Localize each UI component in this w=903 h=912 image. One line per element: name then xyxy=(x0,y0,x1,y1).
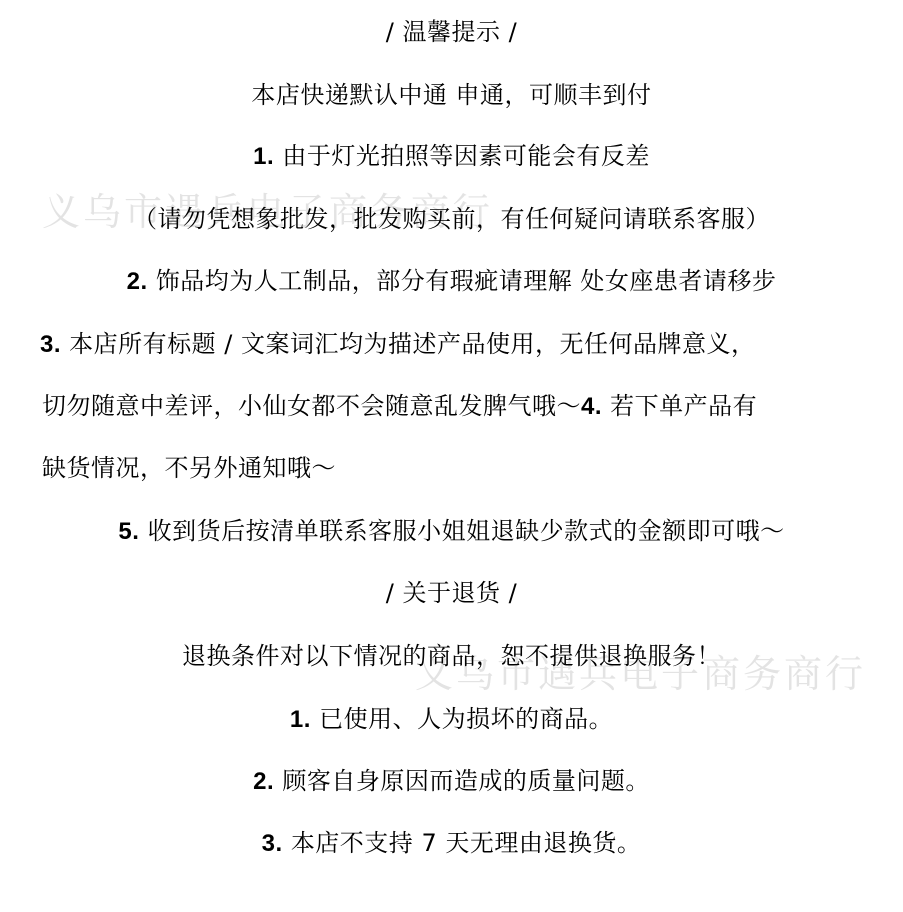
item-number: 3. xyxy=(40,331,61,358)
notice-item-1: 1. 由于灯光拍照等因素可能会有反差 xyxy=(0,140,903,173)
item-number: 3. xyxy=(262,830,283,857)
item-number: 1. xyxy=(253,143,274,170)
notice-item-3-4-line-2: 切勿随意中差评，小仙女都不会随意乱发脾气哦～4. 若下单产品有 xyxy=(42,390,892,423)
item-text: 饰品均为人工制品，部分有瑕疵请理解 处女座患者请移步 xyxy=(156,267,777,295)
item-text: 本店所有标题 / 文案词汇均为描述产品使用，无任何品牌意义， xyxy=(69,330,755,358)
item-number: 2. xyxy=(253,768,274,795)
item-number: 5. xyxy=(118,518,139,545)
returns-title: / 关于退货 / xyxy=(0,577,903,609)
returns-item-3: 3. 本店不支持 7 天无理由退换货。 xyxy=(0,827,903,860)
notice-item-4-line-3: 缺货情况，不另外通知哦～ xyxy=(42,452,892,484)
item-text: 已使用、人为损坏的商品。 xyxy=(319,705,613,733)
shipping-info: 本店快递默认中通 申通，可顺丰到付 xyxy=(0,79,903,111)
returns-intro: 退换条件对以下情况的商品，恕不提供退换服务！ xyxy=(0,640,903,672)
returns-item-2: 2. 顾客自身原因而造成的质量问题。 xyxy=(0,765,903,798)
notice-item-5: 5. 收到货后按清单联系客服小姐姐退缺少款式的金额即可哦～ xyxy=(0,515,903,548)
notice-item-2: 2. 饰品均为人工制品，部分有瑕疵请理解 处女座患者请移步 xyxy=(0,265,903,298)
item-text: 收到货后按清单联系客服小姐姐退缺少款式的金额即可哦～ xyxy=(148,517,785,545)
notice-title: / 温馨提示 / xyxy=(0,16,903,48)
item-text: 切勿随意中差评，小仙女都不会随意乱发脾气哦～ xyxy=(42,392,581,420)
item-text: 由于灯光拍照等因素可能会有反差 xyxy=(282,142,650,170)
item-text: 本店不支持 7 天无理由退换货。 xyxy=(291,829,642,857)
notice-item-1-note: （请勿凭想象批发，批发购买前，有任何疑问请联系客服） xyxy=(0,203,903,235)
item-number: 4. xyxy=(581,393,602,420)
item-number: 1. xyxy=(290,706,311,733)
notice-item-3-line-1: 3. 本店所有标题 / 文案词汇均为描述产品使用，无任何品牌意义， xyxy=(40,328,890,361)
item-text: 顾客自身原因而造成的质量问题。 xyxy=(282,767,650,795)
item-number: 2. xyxy=(127,268,148,295)
returns-item-1: 1. 已使用、人为损坏的商品。 xyxy=(0,703,903,736)
item-text: 若下单产品有 xyxy=(610,392,757,420)
